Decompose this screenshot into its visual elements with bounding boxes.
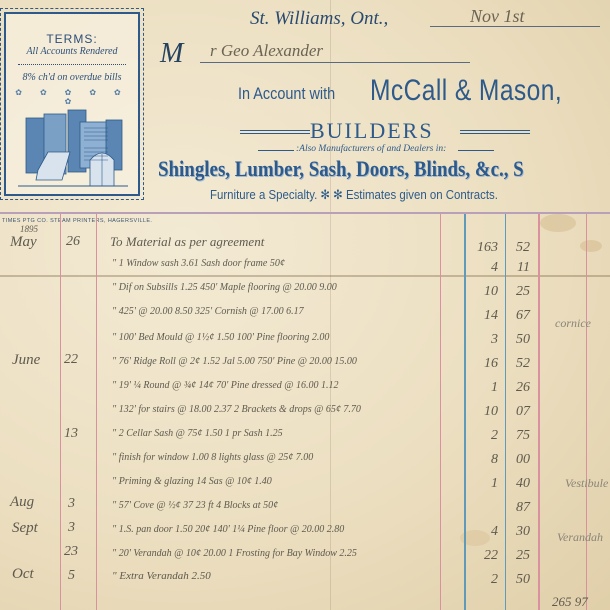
entry-month: May [10, 234, 37, 251]
stain [580, 240, 602, 252]
customer-line [200, 62, 470, 63]
year: 1895 [20, 224, 38, 234]
entry-description: " 100' Bed Mould @ 1½¢ 1.50 100' Pine fl… [112, 332, 329, 343]
doors-shutters-illustration-icon [18, 108, 128, 188]
entry-description: " 76' Ridge Roll @ 2¢ 1.52 Jal 5.00 750'… [112, 356, 357, 367]
dotted-divider [18, 64, 126, 65]
trade-heading: BUILDERS [310, 118, 434, 144]
place-of-issue: St. Williams, Ont., [250, 8, 388, 30]
margin-note: cornice [555, 316, 591, 331]
entry-cents: 11 [508, 260, 530, 276]
entry-description: " Priming & glazing 14 Sas @ 10¢ 1.40 [112, 476, 272, 487]
entry-day: 3 [68, 520, 75, 536]
stain [540, 214, 576, 232]
entry-dollars: 2 [466, 572, 498, 588]
entry-dollars: 1 [466, 476, 498, 492]
entry-day: 22 [64, 352, 78, 368]
margin-note: Vestibule [565, 476, 608, 491]
also-manufacturers-line: :Also Manufacturers of and Dealers in: [296, 144, 446, 154]
entry-cents: 25 [508, 284, 530, 300]
salutation: M [160, 38, 183, 70]
ledger-top-rule [0, 212, 610, 214]
entry-cents: 50 [508, 572, 530, 588]
entry-cents: 00 [508, 452, 530, 468]
margin-rule [586, 214, 587, 610]
customer-name: r Geo Alexander [210, 41, 323, 61]
entry-cents: 40 [508, 476, 530, 492]
entry-month: Oct [12, 566, 34, 583]
rule-right [458, 150, 494, 151]
grand-total: 265 97 [552, 594, 588, 610]
entry-dollars: 3 [466, 332, 498, 348]
total-column-rule [538, 214, 540, 610]
terms-title: TERMS: [6, 32, 138, 46]
invoice-document: TERMS: All Accounts Rendered 8% ch'd on … [0, 0, 610, 610]
rule-left [258, 150, 294, 151]
entry-description: " finish for window 1.00 8 lights glass … [112, 452, 313, 463]
entry-cents: 52 [508, 240, 530, 256]
day-column-rule [96, 214, 97, 610]
entry-cents: 87 [508, 500, 530, 516]
entry-dollars: 14 [466, 308, 498, 324]
entry-dollars: 8 [466, 452, 498, 468]
entry-day: 5 [68, 568, 75, 584]
entry-dollars: 22 [466, 548, 498, 564]
products-line: Shingles, Lumber, Sash, Doors, Blinds, &… [158, 156, 524, 182]
entry-month: Aug [10, 494, 34, 511]
terms-box: TERMS: All Accounts Rendered 8% ch'd on … [4, 12, 140, 196]
entry-description: " 57' Cove @ ½¢ 37 23 ft 4 Blocks at 50¢ [112, 500, 278, 511]
entry-description: " 20' Verandah @ 10¢ 20.00 1 Frosting fo… [112, 548, 357, 559]
entry-dollars: 10 [466, 404, 498, 420]
entry-cents: 30 [508, 524, 530, 540]
entry-cents: 07 [508, 404, 530, 420]
entry-cents: 67 [508, 308, 530, 324]
entry-dollars: 163 [466, 240, 498, 256]
entry-dollars: 16 [466, 356, 498, 372]
entry-description: " Dif on Subsills 1.25 450' Maple floori… [112, 282, 337, 293]
entry-description: " 1 Window sash 3.61 Sash door frame 50¢ [112, 258, 285, 269]
entry-cents: 26 [508, 380, 530, 396]
desc-column-rule [440, 214, 441, 610]
entry-day: 26 [66, 234, 80, 250]
terms-accounts-rendered: All Accounts Rendered [6, 46, 138, 57]
in-account-with-label: In Account with [238, 84, 335, 104]
month-column-rule [60, 214, 61, 610]
flower-ornament-icon: ✿ ✿ ✿ ✿ ✿ ✿ [6, 88, 138, 106]
entry-description: " 425' @ 20.00 8.50 325' Cornish @ 17.00… [112, 306, 304, 317]
ornament-left [240, 130, 310, 134]
entry-cents: 52 [508, 356, 530, 372]
firm-name: McCall & Mason, [370, 74, 562, 108]
entry-cents: 50 [508, 332, 530, 348]
invoice-date: Nov 1st [470, 6, 525, 27]
tagline: Furniture a Specialty. ✻ ✻ Estimates giv… [210, 187, 498, 203]
entry-description: To Material as per agreement [110, 234, 264, 250]
terms-interest-rate: 8% ch'd on overdue bills [6, 72, 138, 83]
ornament-right [460, 130, 530, 134]
entry-dollars: 1 [466, 380, 498, 396]
entry-description: " Extra Verandah 2.50 [112, 570, 211, 582]
entry-description: " 2 Cellar Sash @ 75¢ 1.50 1 pr Sash 1.2… [112, 428, 283, 439]
entry-cents: 75 [508, 428, 530, 444]
entry-day: 23 [64, 544, 78, 560]
entry-dollars: 10 [466, 284, 498, 300]
entry-cents: 25 [508, 548, 530, 564]
entry-dollars: 4 [466, 524, 498, 540]
entry-month: June [12, 352, 40, 369]
entry-month: Sept [12, 520, 38, 537]
entry-description: " 19' ¼ Round @ ¾¢ 14¢ 70' Pine dressed … [112, 380, 339, 391]
entry-day: 13 [64, 426, 78, 442]
cents-column-rule [505, 214, 506, 610]
entry-description: " 1.S. pan door 1.50 20¢ 140' 1¼ Pine fl… [112, 524, 344, 535]
entry-dollars: 2 [466, 428, 498, 444]
margin-note: Verandah [557, 530, 603, 545]
entry-dollars: 4 [466, 260, 498, 276]
entry-day: 3 [68, 496, 75, 512]
entry-description: " 132' for stairs @ 18.00 2.37 2 Bracket… [112, 404, 361, 415]
